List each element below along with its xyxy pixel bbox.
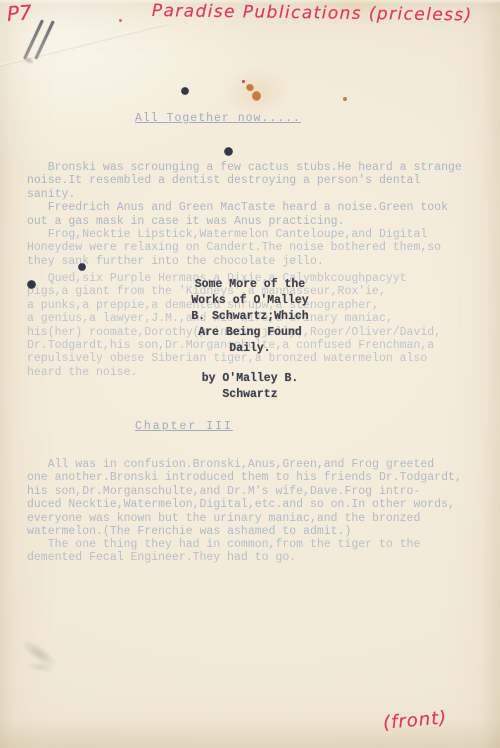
overtyped-title: Some More of the Works of O'Malley B. Sc… [145, 277, 355, 357]
handwritten-publisher-note: Paradise Publications (priceless) [152, 1, 473, 25]
rust-speck [343, 97, 347, 101]
paper-sheet: P7 Paradise Publications (priceless) (fr… [0, 0, 500, 748]
paper-stain [222, 66, 292, 118]
chapter-heading: Chapter III [135, 420, 233, 433]
typed-paragraph-1: Bronski was scrounging a few cactus stub… [27, 161, 462, 228]
handwritten-front-note: (front) [382, 707, 448, 734]
section-heading: All Together now..... [135, 112, 301, 125]
typed-paragraph-5: The one thing they had in common,from th… [27, 538, 420, 565]
typed-paragraph-2: Frog,Necktie Lipstick,Watermelon Cantelo… [27, 228, 441, 268]
rust-spot [252, 91, 261, 101]
pencil-stroke [23, 19, 44, 59]
handwritten-page-label: P7 [6, 0, 32, 26]
pencil-smudge [17, 635, 60, 671]
rust-spot [245, 83, 255, 92]
ink-spot [181, 87, 189, 95]
typed-paragraph-4: All was in confusion.Bronski,Anus,Green,… [27, 458, 462, 538]
ink-spot [224, 147, 233, 156]
ink-speck [242, 80, 245, 83]
scanned-page-stage: P7 Paradise Publications (priceless) (fr… [0, 0, 500, 748]
rust-speck [119, 19, 122, 22]
pencil-smudge [25, 660, 56, 674]
overtyped-byline: by O'Malley B. Schwartz [145, 371, 355, 403]
